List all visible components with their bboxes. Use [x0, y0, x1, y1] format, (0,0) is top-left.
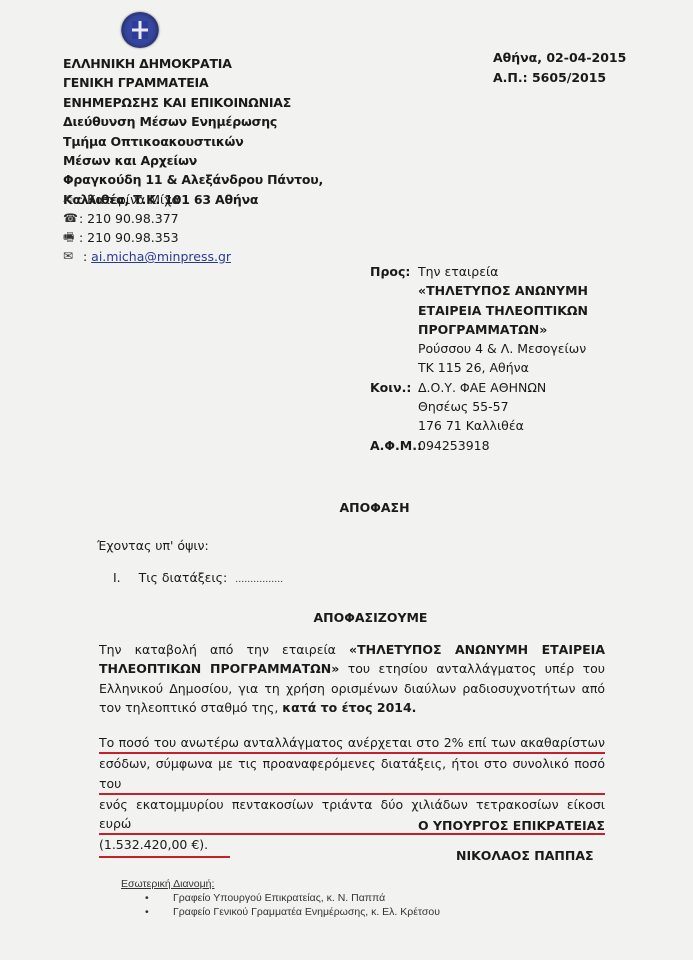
to-line: Την εταιρεία — [418, 262, 588, 281]
letterhead: ΕΛΛΗΝΙΚΗ ΔΗΜΟΚΡΑΤΙΑ ΓΕΝΙΚΗ ΓΡΑΜΜΑΤΕΙΑ ΕΝ… — [63, 54, 323, 209]
pen-icon: ✍ — [63, 190, 77, 209]
decision-paragraph-1: Την καταβολή από την εταιρεία «ΤΗΛΕΤΥΠΟΣ… — [99, 640, 605, 717]
to-line: Ρούσσου 4 & Λ. Μεσογείων — [418, 339, 588, 358]
item-text: Τις διατάξεις: — [139, 570, 228, 585]
para1-lead: Την καταβολή από την εταιρεία — [99, 642, 349, 657]
we-decide-title: ΑΠΟΦΑΣΙΖΟΥΜΕ — [24, 610, 693, 625]
letterhead-line: ΕΛΛΗΝΙΚΗ ΔΗΜΟΚΡΑΤΙΑ — [63, 54, 323, 73]
amount-total: (1.532.420,00 €). — [99, 835, 230, 857]
greek-coat-of-arms-icon — [121, 12, 159, 48]
distribution-item: •Γραφείο Γενικού Γραμματέα Ενημέρωσης, κ… — [173, 905, 440, 919]
to-line: ΕΤΑΙΡΕΙΑ ΤΗΛΕΟΠΤΙΚΩΝ — [418, 301, 588, 320]
envelope-icon: ✉ — [63, 247, 77, 266]
decision-title: ΑΠΟΦΑΣΗ — [28, 500, 693, 515]
letterhead-line: Μέσων και Αρχείων — [63, 151, 323, 170]
cc-label: Κοιν.: — [370, 378, 418, 436]
letterhead-line: ΕΝΗΜΕΡΩΣΗΣ ΚΑΙ ΕΠΙΚΟΙΝΩΝΙΑΣ — [63, 93, 323, 112]
to-line: ΠΡΟΓΡΑΜΜΑΤΩΝ» — [418, 320, 588, 339]
contact-block: ✍ : Κατερίνα Μίχα ☎ : 210 90.98.377 🖷 : … — [63, 190, 231, 266]
signatory-title: Ο ΥΠΟΥΡΓΟΣ ΕΠΙΚΡΑΤΕΙΑΣ — [418, 818, 605, 833]
letterhead-line: Διεύθυνση Μέσων Ενημέρωσης — [63, 112, 323, 131]
internal-distribution: Εσωτερική Διανομή: •Γραφείο Υπουργού Επι… — [121, 877, 440, 919]
phone-number: : 210 90.98.377 — [79, 209, 179, 228]
bullet-icon: • — [145, 905, 149, 919]
having-regard-label: Έχοντας υπ' όψιν: — [97, 538, 209, 553]
decision-paragraph-2: Το ποσό του ανωτέρω ανταλλάγματος ανέρχε… — [99, 733, 605, 858]
to-label: Προς: — [370, 262, 418, 378]
protocol-number: Α.Π.: 5605/2015 — [493, 68, 626, 88]
contact-fax: 🖷 : 210 90.98.353 — [63, 228, 231, 247]
to-address: Την εταιρεία «ΤΗΛΕΤΥΠΟΣ ΑΝΩΝΥΜΗ ΕΤΑΙΡΕΙΑ… — [418, 262, 588, 378]
contact-email: ✉ : ai.micha@minpress.gr — [63, 247, 231, 266]
document-meta: Αθήνα, 02-04-2015 Α.Π.: 5605/2015 — [493, 48, 626, 87]
telephone-icon: ☎ — [63, 209, 77, 228]
para1-tail: κατά το έτος 2014. — [282, 700, 416, 715]
vat-number: 094253918 — [418, 436, 490, 455]
email-prefix: : — [79, 247, 91, 266]
contact-phone: ☎ : 210 90.98.377 — [63, 209, 231, 228]
email-link[interactable]: ai.micha@minpress.gr — [91, 247, 231, 266]
para2-line: Το ποσό του ανωτέρω ανταλλάγματος ανέρχε… — [99, 733, 605, 754]
vat-label: Α.Φ.Μ.: — [370, 436, 418, 455]
item-dots: ……………. — [235, 575, 283, 585]
to-line: ΤΚ 115 26, Αθήνα — [418, 358, 588, 377]
distribution-list: •Γραφείο Υπουργού Επικρατείας, κ. Ν. Παπ… — [121, 891, 440, 919]
fax-number: : 210 90.98.353 — [79, 228, 179, 247]
letterhead-line: Τμήμα Οπτικοακουστικών — [63, 132, 323, 151]
document-date: Αθήνα, 02-04-2015 — [493, 48, 626, 68]
provisions-item: I. Τις διατάξεις: ……………. — [113, 570, 283, 585]
item-number: I. — [113, 570, 121, 585]
cc-line: Θησέως 55-57 — [418, 397, 546, 416]
cc-address: Δ.Ο.Υ. ΦΑΕ ΑΘΗΝΩΝ Θησέως 55-57 176 71 Κα… — [418, 378, 546, 436]
letterhead-line: ΓΕΝΙΚΗ ΓΡΑΜΜΑΤΕΙΑ — [63, 73, 323, 92]
para2-line: εσόδων, σύμφωνα με τις προαναφερόμενες δ… — [99, 754, 605, 795]
distribution-item: •Γραφείο Υπουργού Επικρατείας, κ. Ν. Παπ… — [173, 891, 440, 905]
contact-person-name: : Κατερίνα Μίχα — [79, 190, 180, 209]
to-line: «ΤΗΛΕΤΥΠΟΣ ΑΝΩΝΥΜΗ — [418, 281, 588, 300]
recipient-block: Προς: Την εταιρεία «ΤΗΛΕΤΥΠΟΣ ΑΝΩΝΥΜΗ ΕΤ… — [370, 262, 588, 455]
bullet-icon: • — [145, 891, 149, 905]
cc-line: Δ.Ο.Υ. ΦΑΕ ΑΘΗΝΩΝ — [418, 378, 546, 397]
distribution-heading: Εσωτερική Διανομή: — [121, 877, 440, 891]
fax-icon: 🖷 — [63, 228, 77, 247]
contact-person: ✍ : Κατερίνα Μίχα — [63, 190, 231, 209]
cc-line: 176 71 Καλλιθέα — [418, 416, 546, 435]
signatory-name: ΝΙΚΟΛΑΟΣ ΠΑΠΠΑΣ — [456, 848, 594, 863]
letterhead-line: Φραγκούδη 11 & Αλεξάνδρου Πάντου, — [63, 170, 323, 189]
